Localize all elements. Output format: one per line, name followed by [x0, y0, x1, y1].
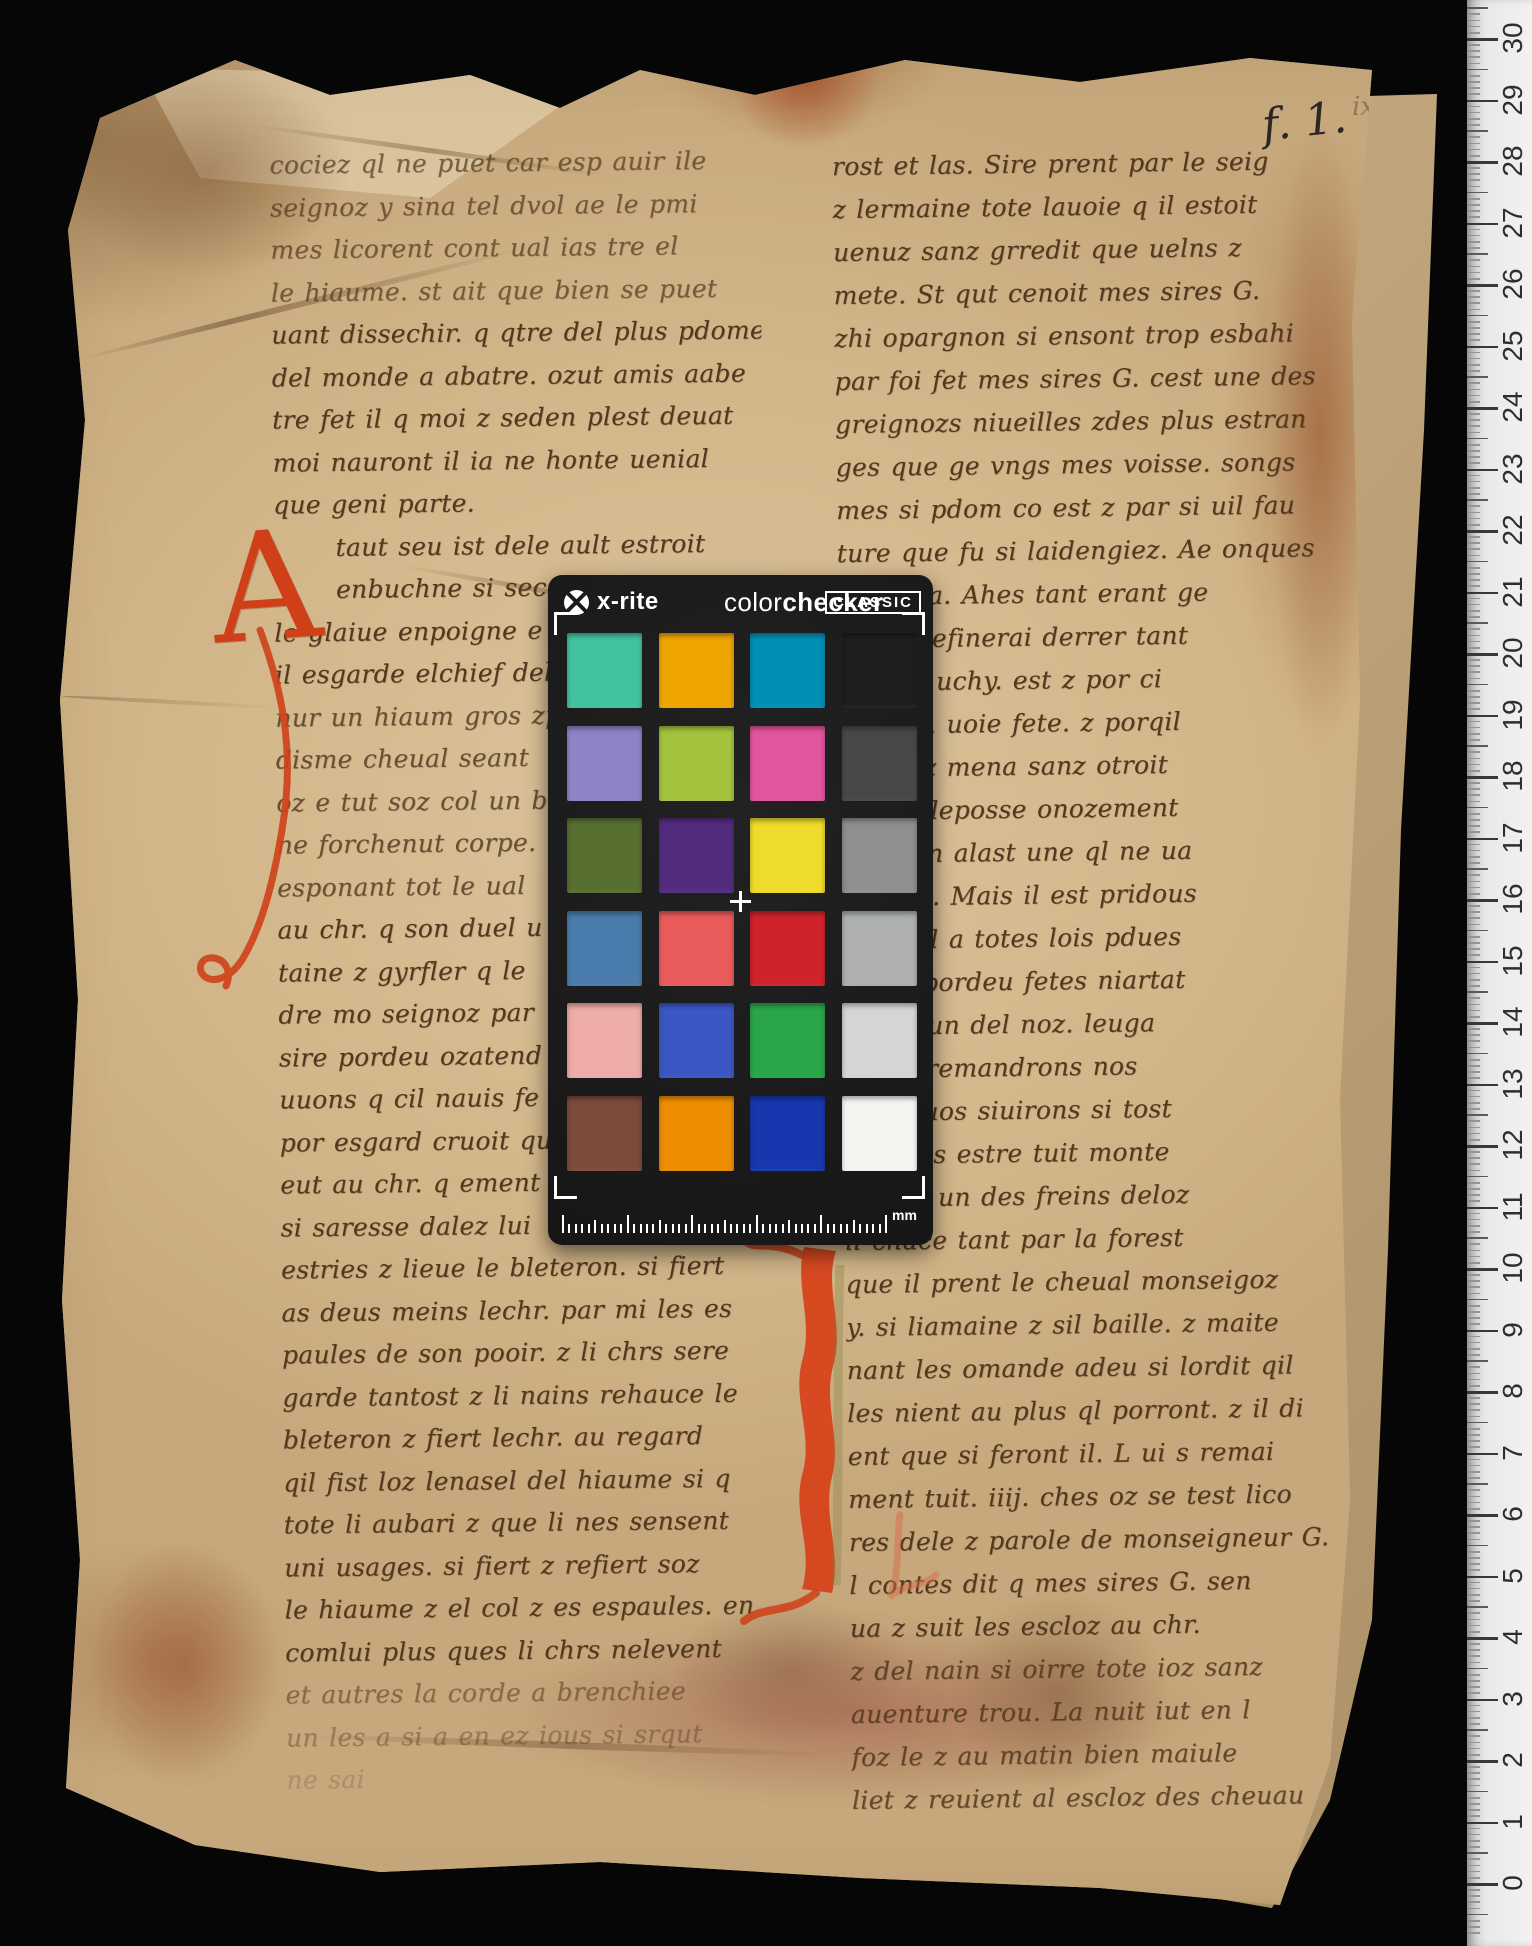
ruler-number: 21 [1497, 576, 1529, 607]
ruler-tick [1467, 290, 1480, 292]
ruler-tick [1467, 604, 1480, 606]
card-mm-tick [568, 1224, 570, 1233]
ruler-tick [1467, 1606, 1488, 1608]
card-mm-tick [762, 1224, 764, 1233]
ruler-tick [1467, 1348, 1480, 1350]
rust-stain [730, 0, 880, 150]
ruler-tick [1467, 1717, 1480, 1719]
manuscript-line: rost et las. Sire prent par le seig [832, 139, 1332, 188]
manuscript-line: taut seu ist dele ault estroit [273, 522, 763, 570]
ruler-tick [1467, 1668, 1488, 1670]
ruler-tick [1467, 1871, 1480, 1873]
illuminated-initial-a: A [208, 524, 324, 651]
ruler-tick [1467, 1219, 1480, 1221]
ruler-tick [1467, 1262, 1480, 1264]
manuscript-line: z lermaine tote lauoie q il estoit [832, 182, 1332, 231]
card-mm-tick [575, 1224, 577, 1233]
card-mm-tick [646, 1224, 648, 1233]
ruler-tick [1467, 259, 1480, 261]
ruler-tick [1467, 32, 1480, 34]
ruler-tick [1467, 924, 1480, 926]
ruler-tick [1467, 395, 1480, 397]
ruler-tick [1467, 1883, 1498, 1886]
ruler-tick [1467, 881, 1480, 883]
card-mm-tick [691, 1215, 693, 1233]
card-mm-tick [814, 1224, 816, 1233]
ruler-tick [1467, 1889, 1480, 1891]
card-mm-tick [601, 1224, 603, 1233]
ruler-tick [1467, 1846, 1480, 1848]
card-mm-tick [801, 1224, 803, 1233]
ruler-number: 24 [1497, 391, 1529, 422]
card-mm-tick [749, 1224, 751, 1233]
ruler-tick [1467, 1311, 1480, 1313]
ruler-tick [1467, 1619, 1480, 1621]
card-mm-tick [620, 1224, 622, 1233]
ruler-tick [1467, 499, 1488, 501]
ruler-tick [1467, 253, 1488, 255]
crop-mark-icon [902, 1176, 925, 1199]
ruler-tick [1467, 1612, 1480, 1614]
color-swatch [750, 818, 825, 893]
ruler-tick [1467, 1803, 1480, 1805]
ruler-tick [1467, 745, 1488, 747]
card-mm-tick [866, 1224, 868, 1233]
ruler-number: 18 [1497, 760, 1529, 791]
ruler-tick [1467, 1428, 1480, 1430]
card-mm-tick [820, 1215, 822, 1233]
ruler-tick [1467, 1828, 1480, 1830]
ruler-tick [1467, 1403, 1480, 1405]
card-mm-tick [594, 1220, 596, 1233]
ruler-tick [1467, 1699, 1498, 1702]
color-swatch [750, 911, 825, 986]
ruler-tick [1467, 585, 1480, 587]
ruler-tick [1467, 346, 1498, 349]
ruler-tick [1467, 438, 1488, 440]
ruler-tick [1467, 370, 1480, 372]
ruler-tick [1467, 825, 1480, 827]
manuscript-line: tote li aubari z que li nes sensent [284, 1499, 774, 1547]
ruler-tick [1467, 44, 1480, 46]
ruler-tick [1467, 967, 1480, 969]
card-mm-tick [562, 1215, 564, 1233]
ruler-tick [1467, 475, 1480, 477]
ruler-tick [1467, 81, 1480, 83]
color-swatch [750, 633, 825, 708]
ruler-tick [1467, 1188, 1480, 1190]
ruler-tick [1467, 87, 1480, 89]
ruler-tick [1467, 721, 1480, 723]
stain [90, 1540, 280, 1790]
ruler-tick [1467, 794, 1480, 796]
card-mm-tick [627, 1215, 629, 1233]
ruler-tick [1467, 1705, 1480, 1707]
ruler-tick [1467, 1926, 1480, 1928]
ruler-tick [1467, 63, 1480, 65]
ruler-number: 26 [1497, 268, 1529, 299]
ruler-tick [1467, 247, 1480, 249]
manuscript-line: ne sai [286, 1754, 776, 1802]
card-mm-tick [640, 1224, 642, 1233]
ruler-tick [1467, 432, 1480, 434]
ruler-tick [1467, 272, 1480, 274]
ruler-tick [1467, 505, 1480, 507]
ruler-tick [1467, 1748, 1480, 1750]
ruler-tick [1467, 179, 1480, 181]
ruler-tick [1467, 1182, 1480, 1184]
ruler-tick [1467, 1920, 1480, 1922]
ruler-number: 6 [1497, 1506, 1529, 1522]
ruler-tick [1467, 770, 1480, 772]
ruler-tick [1467, 1526, 1480, 1528]
ruler-tick [1467, 364, 1480, 366]
ruler-tick [1467, 487, 1480, 489]
ruler-tick [1467, 136, 1480, 138]
ruler-tick [1467, 413, 1480, 415]
ruler-tick [1467, 401, 1480, 403]
ruler-tick [1467, 358, 1480, 360]
ruler-tick [1467, 56, 1480, 58]
ruler-tick [1467, 38, 1498, 41]
ruler-number: 8 [1497, 1383, 1529, 1399]
photographic-ruler: 0123456789101112131415161718192021222324… [1467, 0, 1532, 1946]
ruler-tick [1467, 1563, 1480, 1565]
ruler-tick [1467, 1102, 1480, 1104]
manuscript-line: que il prent le cheual monseigoz [845, 1257, 1345, 1306]
card-mm-tick [614, 1224, 616, 1233]
ruler-tick [1467, 659, 1480, 661]
ruler-tick [1467, 284, 1498, 287]
manuscript-line: nant les omande adeu si lordit qil [846, 1343, 1346, 1392]
ruler-tick [1467, 1477, 1480, 1479]
card-mm-tick [665, 1224, 667, 1233]
ruler-tick [1467, 1071, 1480, 1073]
manuscript-line: mes si pdom co est z par si uil fau [836, 483, 1336, 532]
ruler-tick [1467, 1243, 1480, 1245]
ruler-tick [1467, 628, 1480, 630]
ruler-tick [1467, 954, 1480, 956]
manuscript-line: tre fet il q moi z seden plest deuat [272, 394, 762, 442]
ruler-tick [1467, 1059, 1480, 1061]
manuscript-line: z del nain si oirre tote ioz sanz [850, 1644, 1350, 1693]
ruler-number: 13 [1497, 1068, 1529, 1099]
ruler-tick [1467, 173, 1480, 175]
card-mm-tick [588, 1224, 590, 1233]
ruler-number: 14 [1497, 1006, 1529, 1037]
manuscript-line: le hiaume. st ait que bien se puet [271, 267, 761, 315]
manuscript-line: res dele z parole de monseigneur G. [849, 1515, 1349, 1564]
ruler-tick [1467, 1084, 1498, 1087]
manuscript-line: foz le z au matin bien maiule [851, 1730, 1351, 1779]
ruler-tick [1467, 223, 1498, 226]
ruler-tick [1467, 862, 1480, 864]
ruler-tick [1467, 1840, 1480, 1842]
ruler-tick [1467, 985, 1480, 987]
ruler-tick [1467, 844, 1480, 846]
ruler-tick [1467, 1391, 1498, 1394]
ruler-tick [1467, 1600, 1480, 1602]
manuscript-line: cociez ql ne puet car esp auir ile [269, 139, 759, 187]
ruler-tick [1467, 456, 1480, 458]
ruler-tick [1467, 961, 1498, 964]
ruler-tick [1467, 161, 1498, 164]
ruler-tick [1467, 1028, 1480, 1030]
ruler-tick [1467, 1742, 1480, 1744]
crop-mark-icon [902, 612, 925, 635]
ruler-tick [1467, 702, 1480, 704]
ruler-number: 15 [1497, 945, 1529, 976]
ruler-tick [1467, 536, 1480, 538]
ruler-tick [1467, 1330, 1498, 1333]
crop-mark-icon [554, 1176, 577, 1199]
card-mm-tick [730, 1224, 732, 1233]
manuscript-line: moi nauront il ia ne honte uenial [272, 437, 762, 485]
ruler-tick [1467, 1576, 1498, 1579]
manuscript-line: ment tuit. iiij. ches oz se test lico [848, 1472, 1348, 1521]
ruler-tick [1467, 106, 1480, 108]
ruler-tick [1467, 1858, 1480, 1860]
ruler-tick [1467, 118, 1480, 120]
ruler-tick [1467, 1680, 1480, 1682]
ruler-number: 30 [1497, 22, 1529, 53]
ruler-tick [1467, 1342, 1480, 1344]
ruler-tick [1467, 1778, 1480, 1780]
ruler-tick [1467, 1213, 1480, 1215]
ruler-tick [1467, 1569, 1480, 1571]
ruler-tick [1467, 690, 1480, 692]
ruler-tick [1467, 715, 1498, 718]
ruler-tick [1467, 641, 1480, 643]
color-swatch [842, 818, 917, 893]
ruler-tick [1467, 1305, 1480, 1307]
ruler-tick [1467, 1446, 1480, 1448]
ruler-tick [1467, 1127, 1480, 1129]
manuscript-line: as deus meins lechr. par mi les es [281, 1287, 771, 1335]
ruler-tick [1467, 579, 1480, 581]
ruler-tick [1467, 1674, 1480, 1676]
ruler-tick [1467, 1865, 1480, 1867]
ruler-tick [1467, 309, 1480, 311]
ruler-tick [1467, 1631, 1480, 1633]
manuscript-line: mes licorent cont ual ias tre el [270, 224, 760, 272]
ruler-tick [1467, 1932, 1480, 1934]
ruler-tick [1467, 1692, 1480, 1694]
ruler-tick [1467, 1151, 1480, 1153]
ruler-tick [1467, 1200, 1480, 1202]
ruler-tick [1467, 1877, 1480, 1879]
xrite-brand-label: x-rite [597, 588, 659, 616]
card-mm-tick [685, 1224, 687, 1233]
center-cross-icon [730, 891, 751, 912]
manuscript-line: ges que ge vngs mes voisse. songs [835, 440, 1335, 489]
crop-mark-icon [554, 612, 577, 635]
colorchecker-title-light: color [724, 587, 782, 617]
ruler-tick [1467, 917, 1480, 919]
ruler-tick [1467, 1772, 1480, 1774]
ruler-tick [1467, 948, 1480, 950]
manuscript-line: uni usages. si fiert z refiert soz [284, 1542, 774, 1590]
ruler-tick [1467, 1360, 1488, 1362]
ruler-tick [1467, 518, 1480, 520]
card-mm-tick [717, 1224, 719, 1233]
ruler-tick [1467, 671, 1480, 673]
folio-number-inscription: f. 1. [1260, 92, 1350, 152]
ruler-tick [1467, 1225, 1480, 1227]
ruler-tick [1467, 149, 1480, 151]
color-swatch [567, 818, 642, 893]
color-swatch [842, 911, 917, 986]
manuscript-line: un les a si a en ez ious si srqut [286, 1712, 776, 1760]
ruler-tick [1467, 739, 1480, 741]
card-mm-tick [711, 1224, 713, 1233]
ruler-tick [1467, 561, 1488, 563]
manuscript-line: garde tantost z li nains rehauce le [282, 1372, 772, 1420]
manuscript-line: liet z reuient al escloz des cheuau [852, 1773, 1352, 1822]
ruler-number: 20 [1497, 637, 1529, 668]
ruler-tick [1467, 333, 1480, 335]
manuscript-line: auenture trou. La nuit iut en l [851, 1687, 1351, 1736]
ruler-tick [1467, 450, 1480, 452]
ruler-tick [1467, 1901, 1480, 1903]
manuscript-line: del monde a abatre. ozut amis aabe [272, 352, 762, 400]
ruler-tick [1467, 1299, 1488, 1301]
ruler-tick [1467, 1729, 1488, 1731]
ruler-tick [1467, 124, 1480, 126]
ruler-tick [1467, 1053, 1488, 1055]
card-mm-tick [872, 1224, 874, 1233]
ruler-tick [1467, 1791, 1488, 1793]
ruler-tick [1467, 296, 1480, 298]
manuscript-line: bleteron z fiert lechr. au regard [283, 1414, 773, 1462]
ruler-number: 3 [1497, 1691, 1529, 1707]
ruler-tick [1467, 1409, 1480, 1411]
ruler-tick [1467, 1176, 1488, 1178]
ruler-tick [1467, 1662, 1480, 1664]
ruler-number: 10 [1497, 1252, 1529, 1283]
ruler-tick [1467, 192, 1488, 194]
card-mm-tick [652, 1224, 654, 1233]
ruler-number: 12 [1497, 1129, 1529, 1160]
ruler-tick [1467, 1440, 1480, 1442]
ruler-tick [1467, 991, 1488, 993]
manuscript-line: ture que fu si laidengiez. Ae onques [837, 526, 1337, 575]
ruler-tick [1467, 1047, 1480, 1049]
card-mm-label: mm [892, 1207, 917, 1223]
ruler-tick [1467, 1231, 1480, 1233]
colorchecker-header: x-rite colorchecker CLASSIC [564, 585, 921, 619]
card-mm-tick [769, 1224, 771, 1233]
color-swatch [842, 633, 917, 708]
ruler-tick [1467, 69, 1488, 71]
ruler-tick [1467, 1508, 1480, 1510]
color-swatch [842, 1096, 917, 1171]
ruler-tick [1467, 696, 1480, 698]
manuscript-line: ent que si feront il. L ui s remai [848, 1429, 1348, 1478]
manuscript-line: par foi fet mes sires G. cest une des [834, 354, 1334, 403]
ruler-tick [1467, 1139, 1480, 1141]
manuscript-line: le hiaume z el col z es espaules. en [284, 1584, 774, 1632]
card-mm-tick [840, 1224, 842, 1233]
ruler-tick [1467, 1551, 1480, 1553]
ruler-tick [1467, 838, 1498, 841]
manuscript-line: uant dissechir. q qtre del plus pdomes [271, 309, 761, 357]
ruler-number: 5 [1497, 1568, 1529, 1584]
color-swatch [567, 1096, 642, 1171]
card-mm-tick [827, 1224, 829, 1233]
ruler-tick [1467, 1077, 1480, 1079]
ruler-tick [1467, 1465, 1480, 1467]
classic-badge: CLASSIC [825, 591, 921, 614]
card-mm-tick [672, 1224, 674, 1233]
color-swatch [750, 1003, 825, 1078]
ruler-tick [1467, 112, 1480, 114]
ruler-tick [1467, 1323, 1480, 1325]
ruler-tick [1467, 204, 1480, 206]
color-swatch [842, 1003, 917, 1078]
card-mm-tick [885, 1215, 887, 1233]
ruler-tick [1467, 1114, 1488, 1116]
ruler-tick [1467, 266, 1480, 268]
ruler-tick [1467, 210, 1480, 212]
card-mm-tick [782, 1224, 784, 1233]
ruler-tick [1467, 1317, 1480, 1319]
ruler-tick [1467, 1815, 1480, 1817]
ruler-tick [1467, 425, 1480, 427]
ruler-tick [1467, 26, 1480, 28]
ruler-tick [1467, 1785, 1480, 1787]
ruler-tick [1467, 1471, 1480, 1473]
ruler-tick [1467, 1280, 1480, 1282]
ruler-tick [1467, 130, 1488, 132]
manuscript-line: uenuz sanz grredit que uelns z [833, 225, 1333, 274]
ruler-tick [1467, 635, 1480, 637]
ruler-tick [1467, 1594, 1480, 1596]
ruler-number: 27 [1497, 207, 1529, 238]
card-mm-tick [659, 1220, 661, 1233]
ruler-tick [1467, 813, 1480, 815]
ruler-number: 17 [1497, 822, 1529, 853]
manuscript-line: l contes dit q mes sires G. sen [849, 1558, 1349, 1607]
xrite-logo-icon [564, 590, 589, 615]
ruler-tick [1467, 1852, 1488, 1854]
ruler-tick [1467, 776, 1498, 779]
ruler-tick [1467, 1010, 1480, 1012]
ruler-tick [1467, 1354, 1480, 1356]
ruler-tick [1467, 1090, 1480, 1092]
ruler-tick [1467, 382, 1480, 384]
ruler-tick [1467, 1157, 1480, 1159]
ruler-tick [1467, 905, 1480, 907]
ruler-tick [1467, 1422, 1488, 1424]
ruler-tick [1467, 758, 1480, 760]
color-swatch [567, 726, 642, 801]
card-mm-tick [788, 1220, 790, 1233]
card-mm-tick [846, 1224, 848, 1233]
ruler-tick [1467, 1797, 1480, 1799]
ruler-tick [1467, 1108, 1480, 1110]
ruler-tick [1467, 13, 1480, 15]
ruler-number: 2 [1497, 1752, 1529, 1768]
ruler-tick [1467, 462, 1480, 464]
ruler-tick [1467, 1766, 1480, 1768]
color-swatch [659, 818, 734, 893]
ruler-tick [1467, 616, 1480, 618]
manuscript-line: les nient au plus ql porront. z il di [847, 1386, 1347, 1435]
ruler-number: 7 [1497, 1445, 1529, 1461]
ruler-tick [1467, 241, 1480, 243]
card-mm-scale [562, 1213, 887, 1233]
